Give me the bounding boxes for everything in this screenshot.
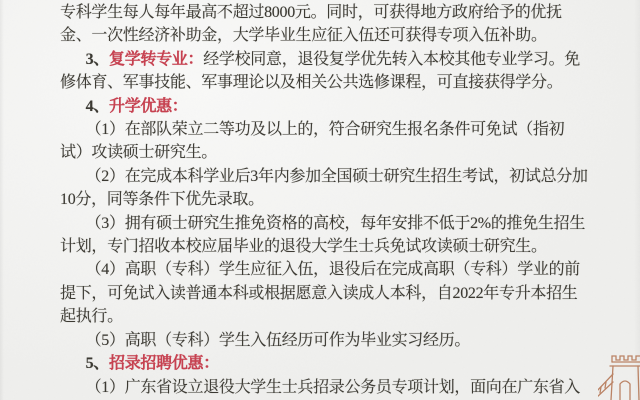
text-line: （1）广东省设立退役大学生士兵招录公务员专项计划，面向在广东省入	[60, 376, 600, 399]
body-text-segment: 修体育、军事技能、军事理论以及相关公共选修课程，可直接获得学分。	[60, 74, 562, 91]
body-text-segment: 专科学生每人每年最高不超过8000元。同时，可获得地方政府给予的优抚	[60, 4, 562, 21]
body-text-segment: （5）高职（专科）学生入伍经历可作为毕业实习经历。	[86, 332, 471, 349]
text-line: （1）在部队荣立二等功及以上的，符合研究生报名条件可免试（指初	[60, 118, 600, 141]
text-line: 起执行。	[60, 305, 600, 328]
body-text-segment: 经学校同意，退役复学优先转入本校其他专业学习。免	[203, 51, 580, 68]
scanned-document-page: { "colors": { "paper": "#f3f3f1", "ink":…	[0, 0, 640, 400]
body-text-segment: 10分，同等条件下优先录取。	[60, 191, 264, 208]
text-line: 试）攻读硕士研究生。	[60, 141, 600, 164]
text-line: （5）高职（专科）学生入伍经历可作为毕业实习经历。	[60, 329, 600, 352]
body-text-segment: 5、	[86, 355, 109, 372]
great-wall-tower-illustration	[598, 348, 640, 400]
body-text-segment: （3）拥有硕士研究生推免资格的高校，每年安排不低于2%的推免生招生	[86, 215, 585, 232]
text-line: 修体育、军事技能、军事理论以及相关公共选修课程，可直接获得学分。	[60, 71, 600, 94]
body-text-segment: 3、	[86, 51, 109, 68]
body-text-segment: （4）高职（专科）学生应征入伍，退役后在完成高职（专科）学业的前	[86, 261, 580, 278]
body-text-segment: 计划，专门招收本校应届毕业的退役大学生士兵免试攻读硕士研究生。	[60, 238, 547, 255]
text-line: （2）在完成本科学业后3年内参加全国硕士研究生招生考试，初试总分加	[60, 165, 600, 188]
body-text-segment: 金、一次性经济补助金，大学毕业生应征入伍还可获得专项入伍补助。	[60, 27, 547, 44]
section-heading-segment: 招录招聘优惠：	[109, 355, 219, 372]
text-line: 10分，同等条件下优先录取。	[60, 188, 600, 211]
text-line: 4、升学优惠：	[60, 95, 600, 118]
text-line: 金、一次性经济补助金，大学毕业生应征入伍还可获得专项入伍补助。	[60, 24, 600, 47]
text-line: 提下，可免试入读普通本科或根据愿意入读成人本科，自2022年专升本招生	[60, 282, 600, 305]
text-block: 专科学生每人每年最高不超过8000元。同时，可获得地方政府给予的优抚金、一次性经…	[60, 1, 600, 399]
body-text-segment: （2）在完成本科学业后3年内参加全国硕士研究生招生考试，初试总分加	[86, 168, 588, 185]
body-text-segment: （1）广东省设立退役大学生士兵招录公务员专项计划，面向在广东省入	[86, 379, 580, 396]
text-line: 5、招录招聘优惠：	[60, 352, 600, 375]
section-heading-segment: 复学转专业：	[109, 51, 203, 68]
text-line: 计划，专门招收本校应届毕业的退役大学生士兵免试攻读硕士研究生。	[60, 235, 600, 258]
body-text-segment: 4、	[86, 98, 109, 115]
text-line: 3、复学转专业：经学校同意，退役复学优先转入本校其他专业学习。免	[60, 48, 600, 71]
body-text-segment: 起执行。	[60, 308, 123, 325]
body-text-segment: （1）在部队荣立二等功及以上的，符合研究生报名条件可免试（指初	[86, 121, 565, 138]
section-heading-segment: 升学优惠：	[109, 98, 188, 115]
text-line: （4）高职（专科）学生应征入伍，退役后在完成高职（专科）学业的前	[60, 258, 600, 281]
body-text-segment: 试）攻读硕士研究生。	[60, 144, 217, 161]
text-line: 专科学生每人每年最高不超过8000元。同时，可获得地方政府给予的优抚	[60, 1, 600, 24]
text-line: （3）拥有硕士研究生推免资格的高校，每年安排不低于2%的推免生招生	[60, 212, 600, 235]
body-text-segment: 提下，可免试入读普通本科或根据愿意入读成人本科，自2022年专升本招生	[60, 285, 578, 302]
